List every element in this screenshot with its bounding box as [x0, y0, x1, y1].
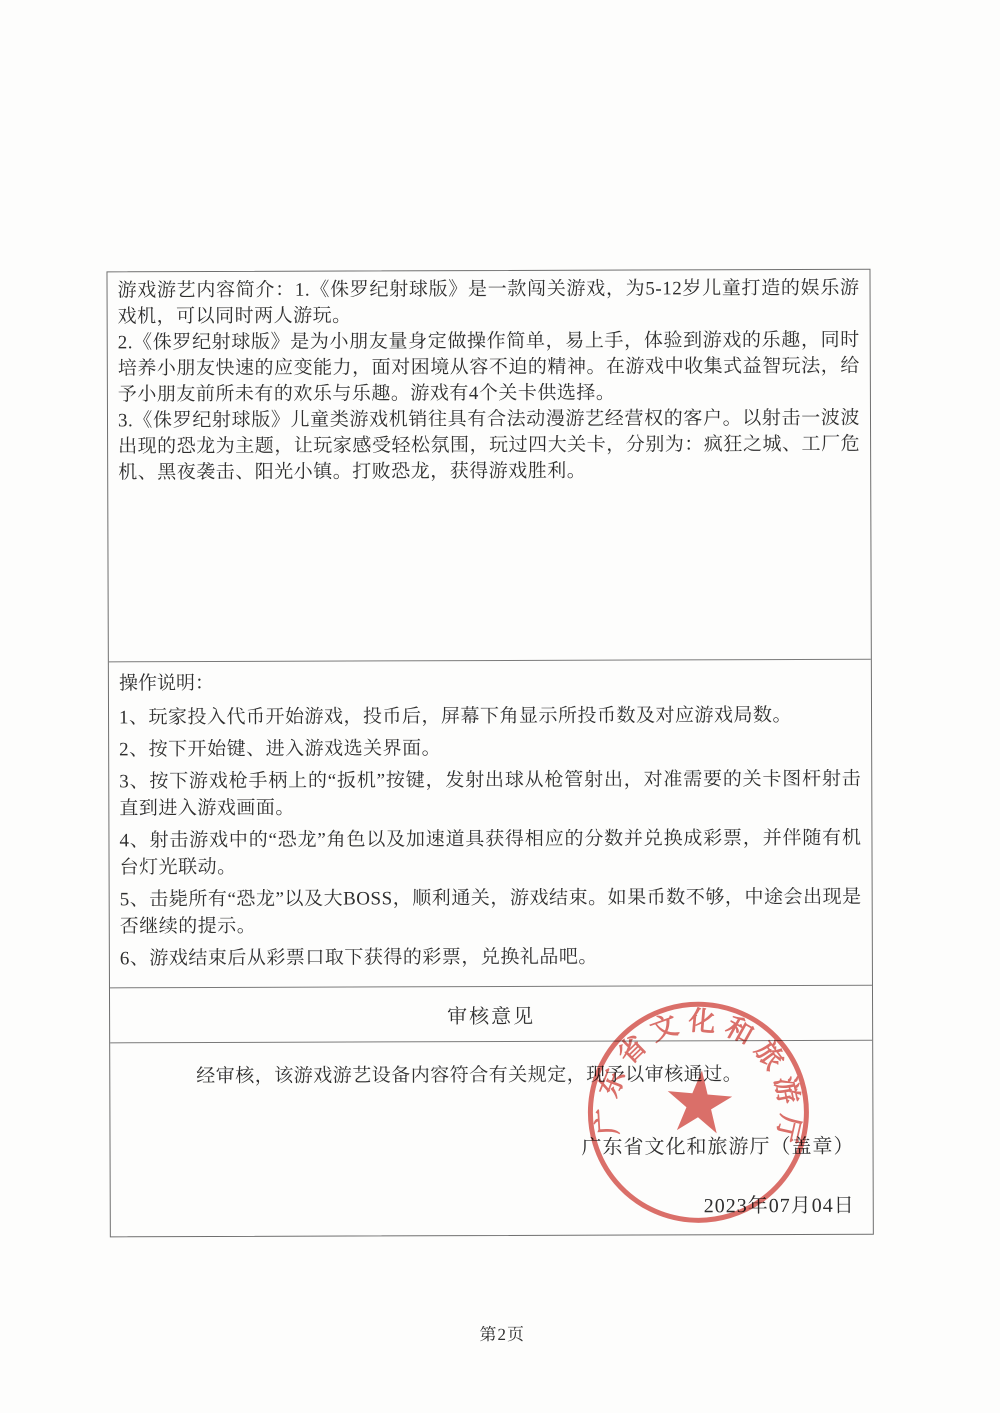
intro-paragraph: 2.《侏罗纪射球版》是为小朋友量身定做操作简单，易上手，体验到游戏的乐趣，同时培… — [118, 328, 860, 409]
authority-signature: 广东省文化和旅游厅（盖章） — [120, 1130, 854, 1162]
content-table: 游戏游艺内容简介：1.《侏罗纪射球版》是一款闯关游戏，为5-12岁儿童打造的娱乐… — [106, 269, 873, 1238]
intro-paragraph: 游戏游艺内容简介：1.《侏罗纪射球版》是一款闯关游戏，为5-12岁儿童打造的娱乐… — [118, 276, 860, 331]
intro-section: 游戏游艺内容简介：1.《侏罗纪射球版》是一款闯关游戏，为5-12岁儿童打造的娱乐… — [107, 270, 870, 663]
operation-item: 2、按下开始键、进入游戏选关界面。 — [119, 734, 861, 764]
page-number: 第2页 — [2, 1318, 1000, 1346]
review-statement: 经审核，该游戏游艺设备内容符合有关规定，现予以审核通过。 — [120, 1061, 854, 1091]
operation-heading: 操作说明： — [119, 668, 861, 699]
operation-section: 操作说明： 1、玩家投入代币开始游戏，投币后，屏幕下角显示所投币数及对应游戏局数… — [109, 660, 872, 989]
document-sheet: 游戏游艺内容简介：1.《侏罗纪射球版》是一款闯关游戏，为5-12岁儿童打造的娱乐… — [0, 0, 1000, 1413]
operation-item: 1、玩家投入代币开始游戏，投币后，屏幕下角显示所投币数及对应游戏局数。 — [119, 702, 861, 732]
review-date: 2023年07月04日 — [121, 1189, 855, 1221]
review-header-row: 审核意见 — [110, 986, 872, 1044]
intro-paragraph: 3.《侏罗纪射球版》儿童类游戏机销往具有合法动漫游艺经营权的客户。以射击一波波出… — [118, 406, 860, 487]
review-heading: 审核意见 — [447, 999, 535, 1028]
operation-item: 5、击毙所有“恐龙”以及大BOSS，顺利通关，游戏结束。如果币数不够，中途会出现… — [120, 884, 862, 941]
operation-item: 3、按下游戏枪手柄上的“扳机”按键，发射出球从枪管射出，对准需要的关卡图杆射击直… — [119, 766, 861, 823]
review-section: 经审核，该游戏游艺设备内容符合有关规定，现予以审核通过。 广东省文化和旅游厅（盖… — [110, 1041, 873, 1237]
operation-item: 6、游戏结束后从彩票口取下获得的彩票，兑换礼品吧。 — [120, 943, 862, 973]
operation-item: 4、射击游戏中的“恐龙”角色以及加速道具获得相应的分数并兑换成彩票，并伴随有机台… — [119, 825, 861, 882]
